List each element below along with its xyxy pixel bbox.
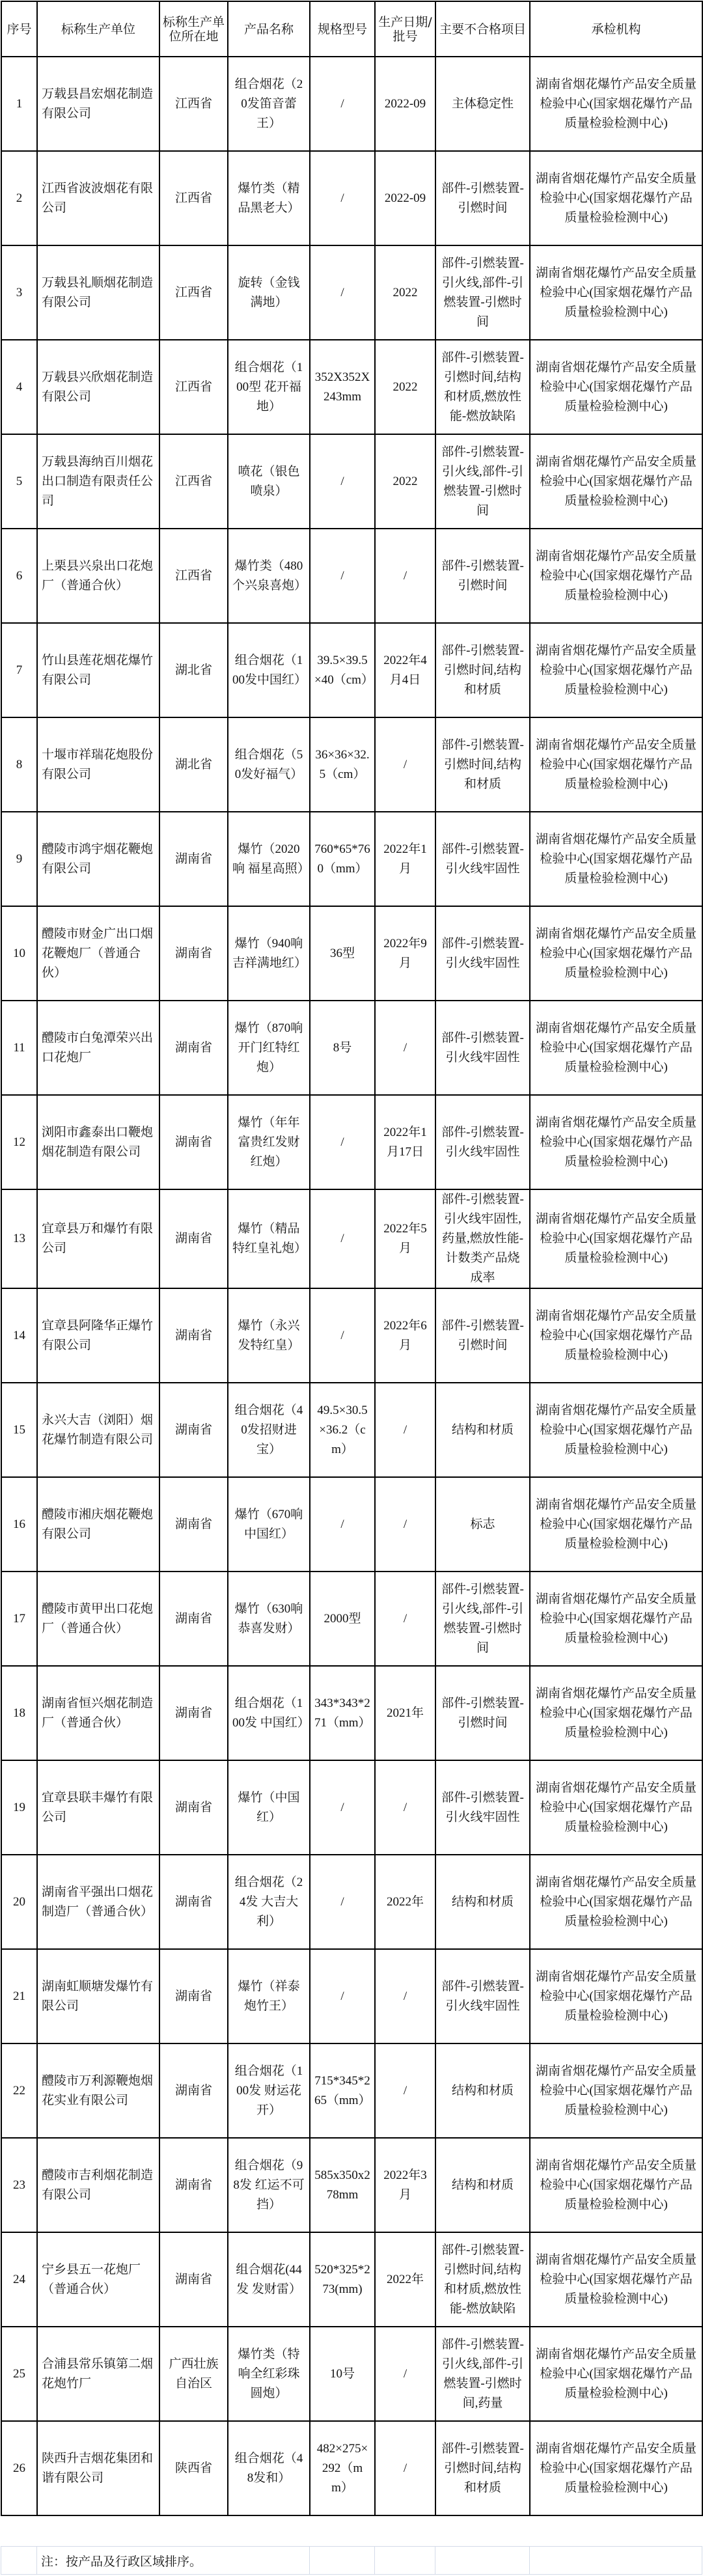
table-row: 25合浦县常乐镇第二烟花炮竹厂广西壮族自治区爆竹类（特响全红彩珠圆炮）10号/部…	[1, 2327, 702, 2421]
cell-no: 16	[1, 1477, 37, 1572]
cell-no: 22	[1, 2043, 37, 2138]
cell-location: 江西省	[159, 151, 228, 245]
table-body: 1万载县昌宏烟花制造有限公司江西省组合烟花（20发笛音蕾王）/2022-09主体…	[1, 57, 702, 2515]
cell-location: 湖南省	[159, 1760, 228, 1855]
cell-date: /	[375, 1001, 435, 1095]
cell-unit: 醴陵市万利源鞭炮烟花实业有限公司	[37, 2043, 159, 2138]
cell-defect: 主体稳定性	[435, 57, 530, 151]
cell-spec: /	[310, 1477, 375, 1572]
cell-defect: 部件-引燃装置-引火线牢固性	[435, 1760, 530, 1855]
cell-date: /	[375, 2043, 435, 2138]
footer-empty-cell	[375, 2547, 435, 2575]
cell-org: 湖南省烟花爆竹产品安全质量检验中心(国家烟花爆竹产品质量检验检测中心)	[530, 1855, 702, 1949]
cell-unit: 宜章县阿隆华正爆竹有限公司	[37, 1288, 159, 1383]
cell-defect: 部件-引燃装置-引火线牢固性	[435, 1095, 530, 1189]
header-location: 标称生产单位所在地	[159, 1, 228, 57]
table-row: 5万载县海纳百川烟花出口制造有限责任公司江西省喷花（银色喷泉）/2022部件-引…	[1, 434, 702, 529]
cell-org: 湖南省烟花爆竹产品安全质量检验中心(国家烟花爆竹产品质量检验检测中心)	[530, 812, 702, 906]
table-row: 19宜章县联丰爆竹有限公司湖南省爆竹（中国红）//部件-引燃装置-引火线牢固性湖…	[1, 1760, 702, 1855]
inspection-results-table: 序号 标称生产单位 标称生产单位所在地 产品名称 规格型号 生产日期/批号 主要…	[1, 1, 703, 2516]
cell-defect: 部件-引燃装置-引燃时间,结构和材质	[435, 623, 530, 717]
cell-no: 7	[1, 623, 37, 717]
table-row: 6上栗县兴泉出口花炮厂（普通合伙）江西省爆竹类（480个兴泉喜炮）//部件-引燃…	[1, 529, 702, 623]
cell-location: 湖南省	[159, 1288, 228, 1383]
cell-unit: 竹山县莲花烟花爆竹有限公司	[37, 623, 159, 717]
cell-unit: 醴陵市财金广出口烟花鞭炮厂（普通合伙）	[37, 906, 159, 1001]
header-org: 承检机构	[530, 1, 702, 57]
cell-no: 6	[1, 529, 37, 623]
table-row: 24宁乡县五一花炮厂（普通合伙）湖南省组合烟花(44发 发财雷）520*325*…	[1, 2232, 702, 2327]
cell-no: 17	[1, 1572, 37, 1666]
cell-spec: 2000型	[310, 1572, 375, 1666]
cell-product: 爆竹（中国红）	[228, 1760, 310, 1855]
cell-spec: 49.5×30.5×36.2（cm）	[310, 1383, 375, 1477]
cell-location: 湖南省	[159, 2232, 228, 2327]
cell-spec: /	[310, 57, 375, 151]
cell-unit: 万载县兴欣烟花制造有限公司	[37, 340, 159, 434]
cell-unit: 陕西升吉烟花集团和谐有限公司	[37, 2421, 159, 2515]
cell-unit: 宁乡县五一花炮厂（普通合伙）	[37, 2232, 159, 2327]
cell-defect: 部件-引燃装置-引火线,部件-引燃装置-引燃时间	[435, 434, 530, 529]
cell-org: 湖南省烟花爆竹产品安全质量检验中心(国家烟花爆竹产品质量检验检测中心)	[530, 1189, 702, 1288]
table-row: 22醴陵市万利源鞭炮烟花实业有限公司湖南省组合烟花（100发 财运花开）715*…	[1, 2043, 702, 2138]
cell-date: 2021年	[375, 1666, 435, 1760]
cell-product: 组合烟花（48发和）	[228, 2421, 310, 2515]
cell-product: 旋转（金钱满地）	[228, 245, 310, 340]
cell-product: 爆竹（年年富贵红发财红炮）	[228, 1095, 310, 1189]
cell-org: 湖南省烟花爆竹产品安全质量检验中心(国家烟花爆竹产品质量检验检测中心)	[530, 717, 702, 812]
cell-defect: 部件-引燃装置-引燃时间,结构和材质,燃放性能-燃放缺陷	[435, 340, 530, 434]
cell-no: 25	[1, 2327, 37, 2421]
cell-product: 爆竹（870响开门红特红炮）	[228, 1001, 310, 1095]
cell-product: 组合烟花（20发笛音蕾王）	[228, 57, 310, 151]
footer-empty-cell	[530, 2547, 702, 2575]
cell-product: 组合烟花（100发 财运花开）	[228, 2043, 310, 2138]
cell-product: 爆竹（630响恭喜发财）	[228, 1572, 310, 1666]
cell-no: 1	[1, 57, 37, 151]
cell-date: /	[375, 717, 435, 812]
cell-location: 湖南省	[159, 1855, 228, 1949]
cell-no: 8	[1, 717, 37, 812]
cell-no: 12	[1, 1095, 37, 1189]
cell-defect: 标志	[435, 1477, 530, 1572]
cell-location: 湖南省	[159, 1001, 228, 1095]
cell-org: 湖南省烟花爆竹产品安全质量检验中心(国家烟花爆竹产品质量检验检测中心)	[530, 151, 702, 245]
footer-empty-cell	[1, 2547, 37, 2575]
table-row: 17醴陵市黄甲出口花炮厂（普通合伙）湖南省爆竹（630响恭喜发财）2000型/部…	[1, 1572, 702, 1666]
table-row: 9醴陵市鸿宇烟花鞭炮有限公司湖南省爆竹（2020响 福星高照）760*65*76…	[1, 812, 702, 906]
cell-location: 湖南省	[159, 2138, 228, 2232]
cell-date: /	[375, 1760, 435, 1855]
cell-date: /	[375, 2327, 435, 2421]
cell-date: /	[375, 1383, 435, 1477]
cell-org: 湖南省烟花爆竹产品安全质量检验中心(国家烟花爆竹产品质量检验检测中心)	[530, 245, 702, 340]
cell-org: 湖南省烟花爆竹产品安全质量检验中心(国家烟花爆竹产品质量检验检测中心)	[530, 2421, 702, 2515]
cell-product: 爆竹（670响中国红）	[228, 1477, 310, 1572]
cell-defect: 部件-引燃装置-引燃时间	[435, 529, 530, 623]
cell-unit: 江西省波波烟花有限公司	[37, 151, 159, 245]
cell-defect: 部件-引燃装置-引燃时间,结构和材质,燃放性能-燃放缺陷	[435, 2232, 530, 2327]
cell-no: 21	[1, 1949, 37, 2043]
cell-location: 江西省	[159, 434, 228, 529]
table-row: 14宜章县阿隆华正爆竹有限公司湖南省爆竹（永兴发特红皇）/2022年6月部件-引…	[1, 1288, 702, 1383]
cell-date: 2022年	[375, 2232, 435, 2327]
cell-spec: /	[310, 529, 375, 623]
cell-defect: 部件-引燃装置-引燃时间	[435, 151, 530, 245]
table-row: 15永兴大吉（浏阳）烟花爆竹制造有限公司湖南省组合烟花（40发招财进宝）49.5…	[1, 1383, 702, 1477]
cell-date: /	[375, 2421, 435, 2515]
cell-unit: 醴陵市鸿宇烟花鞭炮有限公司	[37, 812, 159, 906]
cell-spec: /	[310, 151, 375, 245]
cell-product: 爆竹（940响吉祥满地红）	[228, 906, 310, 1001]
cell-spec: /	[310, 1189, 375, 1288]
cell-unit: 万载县海纳百川烟花出口制造有限责任公司	[37, 434, 159, 529]
cell-unit: 万载县昌宏烟花制造有限公司	[37, 57, 159, 151]
cell-no: 2	[1, 151, 37, 245]
table-row: 8十堰市祥瑞花炮股份有限公司湖北省组合烟花（50发好福气）36×36×32.5（…	[1, 717, 702, 812]
cell-org: 湖南省烟花爆竹产品安全质量检验中心(国家烟花爆竹产品质量检验检测中心)	[530, 434, 702, 529]
cell-org: 湖南省烟花爆竹产品安全质量检验中心(国家烟花爆竹产品质量检验检测中心)	[530, 906, 702, 1001]
cell-org: 湖南省烟花爆竹产品安全质量检验中心(国家烟花爆竹产品质量检验检测中心)	[530, 2327, 702, 2421]
table-row: 7竹山县莲花烟花爆竹有限公司湖北省组合烟花（100发中国红）39.5×39.5×…	[1, 623, 702, 717]
cell-no: 10	[1, 906, 37, 1001]
cell-unit: 浏阳市鑫泰出口鞭炮烟花制造有限公司	[37, 1095, 159, 1189]
cell-org: 湖南省烟花爆竹产品安全质量检验中心(国家烟花爆竹产品质量检验检测中心)	[530, 1760, 702, 1855]
cell-no: 14	[1, 1288, 37, 1383]
header-no: 序号	[1, 1, 37, 57]
cell-org: 湖南省烟花爆竹产品安全质量检验中心(国家烟花爆竹产品质量检验检测中心)	[530, 1001, 702, 1095]
cell-org: 湖南省烟花爆竹产品安全质量检验中心(国家烟花爆竹产品质量检验检测中心)	[530, 1288, 702, 1383]
cell-date: 2022年5月	[375, 1189, 435, 1288]
cell-unit: 醴陵市黄甲出口花炮厂（普通合伙）	[37, 1572, 159, 1666]
cell-location: 湖南省	[159, 1949, 228, 2043]
cell-location: 湖南省	[159, 1189, 228, 1288]
cell-spec: 520*325*273(mm)	[310, 2232, 375, 2327]
cell-unit: 永兴大吉（浏阳）烟花爆竹制造有限公司	[37, 1383, 159, 1477]
cell-location: 湖南省	[159, 1572, 228, 1666]
cell-product: 组合烟花(44发 发财雷）	[228, 2232, 310, 2327]
table-row: 20湖南省平强出口烟花制造厂（普通合伙）湖南省组合烟花（24发 大吉大利）/20…	[1, 1855, 702, 1949]
cell-product: 爆竹（永兴发特红皇）	[228, 1288, 310, 1383]
cell-date: /	[375, 1572, 435, 1666]
cell-spec: 585x350x278mm	[310, 2138, 375, 2232]
cell-location: 湖南省	[159, 1477, 228, 1572]
footer-note: 注：按产品及行政区域排序。	[37, 2547, 310, 2575]
header-defect: 主要不合格项目	[435, 1, 530, 57]
cell-defect: 部件-引燃装置-引火线牢固性	[435, 812, 530, 906]
cell-spec: /	[310, 1760, 375, 1855]
cell-date: /	[375, 1949, 435, 2043]
cell-unit: 宜章县联丰爆竹有限公司	[37, 1760, 159, 1855]
cell-date: 2022年4月4日	[375, 623, 435, 717]
cell-product: 组合烟花（40发招财进宝）	[228, 1383, 310, 1477]
cell-date: 2022年	[375, 1855, 435, 1949]
cell-date: 2022	[375, 245, 435, 340]
table-row: 4万载县兴欣烟花制造有限公司江西省组合烟花（100型 花开福地）352X352X…	[1, 340, 702, 434]
header-date: 生产日期/批号	[375, 1, 435, 57]
cell-spec: /	[310, 1288, 375, 1383]
cell-no: 13	[1, 1189, 37, 1288]
cell-spec: 715*345*265（mm）	[310, 2043, 375, 2138]
cell-date: /	[375, 529, 435, 623]
table-row: 10醴陵市财金广出口烟花鞭炮厂（普通合伙）湖南省爆竹（940响吉祥满地红）36型…	[1, 906, 702, 1001]
cell-no: 5	[1, 434, 37, 529]
cell-unit: 醴陵市湘庆烟花鞭炮有限公司	[37, 1477, 159, 1572]
table-row: 13宜章县万和爆竹有限公司湖南省爆竹（精品特红皇礼炮）/2022年5月部件-引燃…	[1, 1189, 702, 1288]
cell-spec: 343*343*271（mm）	[310, 1666, 375, 1760]
footer-empty-cell	[435, 2547, 530, 2575]
cell-no: 23	[1, 2138, 37, 2232]
cell-unit: 万载县礼顺烟花制造有限公司	[37, 245, 159, 340]
cell-spec: 8号	[310, 1001, 375, 1095]
cell-no: 26	[1, 2421, 37, 2515]
cell-defect: 结构和材质	[435, 2138, 530, 2232]
table-row: 23醴陵市吉利烟花制造有限公司湖南省组合烟花（98发 红运不可挡）585x350…	[1, 2138, 702, 2232]
cell-spec: 36×36×32.5（cm）	[310, 717, 375, 812]
cell-product: 爆竹类（特响全红彩珠圆炮）	[228, 2327, 310, 2421]
table-row: 18湖南省恒兴烟花制造厂（普通合伙）湖南省组合烟花（100发 中国红）343*3…	[1, 1666, 702, 1760]
cell-date: 2022-09	[375, 151, 435, 245]
cell-date: /	[375, 1477, 435, 1572]
cell-unit: 湖南虹顺塘发爆竹有限公司	[37, 1949, 159, 2043]
cell-defect: 部件-引燃装置-引火线,部件-引燃装置-引燃时间	[435, 245, 530, 340]
cell-location: 湖北省	[159, 623, 228, 717]
cell-unit: 合浦县常乐镇第二烟花炮竹厂	[37, 2327, 159, 2421]
cell-defect: 结构和材质	[435, 1855, 530, 1949]
cell-spec: /	[310, 1949, 375, 2043]
cell-org: 湖南省烟花爆竹产品安全质量检验中心(国家烟花爆竹产品质量检验检测中心)	[530, 623, 702, 717]
cell-location: 湖南省	[159, 1666, 228, 1760]
cell-no: 18	[1, 1666, 37, 1760]
cell-spec: 10号	[310, 2327, 375, 2421]
cell-defect: 部件-引燃装置-引火线牢固性	[435, 1949, 530, 2043]
cell-defect: 部件-引燃装置-引火线,部件-引燃装置-引燃时间	[435, 1572, 530, 1666]
cell-unit: 醴陵市吉利烟花制造有限公司	[37, 2138, 159, 2232]
cell-location: 江西省	[159, 57, 228, 151]
header-product: 产品名称	[228, 1, 310, 57]
cell-defect: 结构和材质	[435, 2043, 530, 2138]
table-header-row: 序号 标称生产单位 标称生产单位所在地 产品名称 规格型号 生产日期/批号 主要…	[1, 1, 702, 57]
cell-product: 爆竹（祥泰炮竹王）	[228, 1949, 310, 2043]
cell-spec: /	[310, 245, 375, 340]
cell-no: 9	[1, 812, 37, 906]
cell-product: 组合烟花（100型 花开福地）	[228, 340, 310, 434]
cell-spec: /	[310, 434, 375, 529]
cell-unit: 醴陵市白兔潭荣兴出口花炮厂	[37, 1001, 159, 1095]
cell-location: 湖南省	[159, 2043, 228, 2138]
table-row: 26陕西升吉烟花集团和谐有限公司陕西省组合烟花（48发和）482×275×292…	[1, 2421, 702, 2515]
cell-org: 湖南省烟花爆竹产品安全质量检验中心(国家烟花爆竹产品质量检验检测中心)	[530, 1666, 702, 1760]
cell-date: 2022年9月	[375, 906, 435, 1001]
cell-defect: 结构和材质	[435, 1383, 530, 1477]
cell-location: 江西省	[159, 529, 228, 623]
cell-date: 2022年1月	[375, 812, 435, 906]
cell-defect: 部件-引燃装置-引燃时间	[435, 1666, 530, 1760]
table-row: 12浏阳市鑫泰出口鞭炮烟花制造有限公司湖南省爆竹（年年富贵红发财红炮）/2022…	[1, 1095, 702, 1189]
cell-no: 4	[1, 340, 37, 434]
table-row: 16醴陵市湘庆烟花鞭炮有限公司湖南省爆竹（670响中国红）//标志湖南省烟花爆竹…	[1, 1477, 702, 1572]
footer-empty-cell	[310, 2547, 375, 2575]
cell-spec: 352X352X243mm	[310, 340, 375, 434]
cell-location: 江西省	[159, 245, 228, 340]
cell-defect: 部件-引燃装置-引燃时间,结构和材质	[435, 2421, 530, 2515]
cell-no: 3	[1, 245, 37, 340]
cell-org: 湖南省烟花爆竹产品安全质量检验中心(国家烟花爆竹产品质量检验检测中心)	[530, 2138, 702, 2232]
cell-location: 湖南省	[159, 906, 228, 1001]
table-row: 1万载县昌宏烟花制造有限公司江西省组合烟花（20发笛音蕾王）/2022-09主体…	[1, 57, 702, 151]
cell-location: 湖南省	[159, 812, 228, 906]
cell-org: 湖南省烟花爆竹产品安全质量检验中心(国家烟花爆竹产品质量检验检测中心)	[530, 529, 702, 623]
cell-defect: 部件-引燃装置-引火线牢固性	[435, 1001, 530, 1095]
cell-no: 11	[1, 1001, 37, 1095]
cell-org: 湖南省烟花爆竹产品安全质量检验中心(国家烟花爆竹产品质量检验检测中心)	[530, 1949, 702, 2043]
cell-location: 江西省	[159, 340, 228, 434]
cell-org: 湖南省烟花爆竹产品安全质量检验中心(国家烟花爆竹产品质量检验检测中心)	[530, 340, 702, 434]
cell-date: 2022	[375, 340, 435, 434]
footer-note-row: 注：按产品及行政区域排序。	[1, 2546, 702, 2575]
cell-product: 组合烟花（100发 中国红）	[228, 1666, 310, 1760]
cell-spec: 760*65*760（mm）	[310, 812, 375, 906]
cell-date: 2022年3月	[375, 2138, 435, 2232]
header-unit: 标称生产单位	[37, 1, 159, 57]
cell-location: 湖南省	[159, 1383, 228, 1477]
cell-unit: 湖南省恒兴烟花制造厂（普通合伙）	[37, 1666, 159, 1760]
cell-product: 组合烟花（98发 红运不可挡）	[228, 2138, 310, 2232]
cell-date: 2022	[375, 434, 435, 529]
table-row: 3万载县礼顺烟花制造有限公司江西省旋转（金钱满地）/2022部件-引燃装置-引火…	[1, 245, 702, 340]
cell-unit: 湖南省平强出口烟花制造厂（普通合伙）	[37, 1855, 159, 1949]
cell-unit: 上栗县兴泉出口花炮厂（普通合伙）	[37, 529, 159, 623]
cell-product: 喷花（银色喷泉）	[228, 434, 310, 529]
cell-product: 爆竹类（精品黑老大）	[228, 151, 310, 245]
cell-org: 湖南省烟花爆竹产品安全质量检验中心(国家烟花爆竹产品质量检验检测中心)	[530, 1095, 702, 1189]
cell-org: 湖南省烟花爆竹产品安全质量检验中心(国家烟花爆竹产品质量检验检测中心)	[530, 2232, 702, 2327]
cell-spec: 39.5×39.5×40（cm）	[310, 623, 375, 717]
cell-defect: 部件-引燃装置-引燃时间,结构和材质	[435, 717, 530, 812]
cell-product: 爆竹（精品特红皇礼炮）	[228, 1189, 310, 1288]
cell-date: 2022年6月	[375, 1288, 435, 1383]
cell-location: 陕西省	[159, 2421, 228, 2515]
cell-org: 湖南省烟花爆竹产品安全质量检验中心(国家烟花爆竹产品质量检验检测中心)	[530, 1572, 702, 1666]
cell-no: 24	[1, 2232, 37, 2327]
cell-org: 湖南省烟花爆竹产品安全质量检验中心(国家烟花爆竹产品质量检验检测中心)	[530, 1477, 702, 1572]
cell-defect: 部件-引燃装置-引火线,部件-引燃装置-引燃时间,药量	[435, 2327, 530, 2421]
cell-location: 广西壮族自治区	[159, 2327, 228, 2421]
cell-product: 组合烟花（100发中国红）	[228, 623, 310, 717]
cell-spec: /	[310, 1855, 375, 1949]
cell-defect: 部件-引燃装置-引火线牢固性,药量,燃放性能-计数类产品烧成率	[435, 1189, 530, 1288]
cell-location: 湖南省	[159, 1095, 228, 1189]
cell-org: 湖南省烟花爆竹产品安全质量检验中心(国家烟花爆竹产品质量检验检测中心)	[530, 57, 702, 151]
cell-defect: 部件-引燃装置-引火线牢固性	[435, 906, 530, 1001]
cell-defect: 部件-引燃装置-引燃时间	[435, 1288, 530, 1383]
cell-spec: 36型	[310, 906, 375, 1001]
cell-product: 爆竹（2020响 福星高照）	[228, 812, 310, 906]
cell-product: 爆竹类（480个兴泉喜炮）	[228, 529, 310, 623]
cell-unit: 宜章县万和爆竹有限公司	[37, 1189, 159, 1288]
cell-unit: 十堰市祥瑞花炮股份有限公司	[37, 717, 159, 812]
cell-date: 2022-09	[375, 57, 435, 151]
cell-no: 15	[1, 1383, 37, 1477]
cell-product: 组合烟花（24发 大吉大利）	[228, 1855, 310, 1949]
header-spec: 规格型号	[310, 1, 375, 57]
cell-no: 19	[1, 1760, 37, 1855]
cell-no: 20	[1, 1855, 37, 1949]
cell-spec: /	[310, 1095, 375, 1189]
cell-product: 组合烟花（50发好福气）	[228, 717, 310, 812]
cell-location: 湖北省	[159, 717, 228, 812]
cell-date: 2022年1月17日	[375, 1095, 435, 1189]
table-row: 11醴陵市白兔潭荣兴出口花炮厂湖南省爆竹（870响开门红特红炮）8号/部件-引燃…	[1, 1001, 702, 1095]
cell-org: 湖南省烟花爆竹产品安全质量检验中心(国家烟花爆竹产品质量检验检测中心)	[530, 2043, 702, 2138]
table-row: 21湖南虹顺塘发爆竹有限公司湖南省爆竹（祥泰炮竹王）//部件-引燃装置-引火线牢…	[1, 1949, 702, 2043]
cell-org: 湖南省烟花爆竹产品安全质量检验中心(国家烟花爆竹产品质量检验检测中心)	[530, 1383, 702, 1477]
cell-spec: 482×275×292（mm）	[310, 2421, 375, 2515]
table-row: 2江西省波波烟花有限公司江西省爆竹类（精品黑老大）/2022-09部件-引燃装置…	[1, 151, 702, 245]
